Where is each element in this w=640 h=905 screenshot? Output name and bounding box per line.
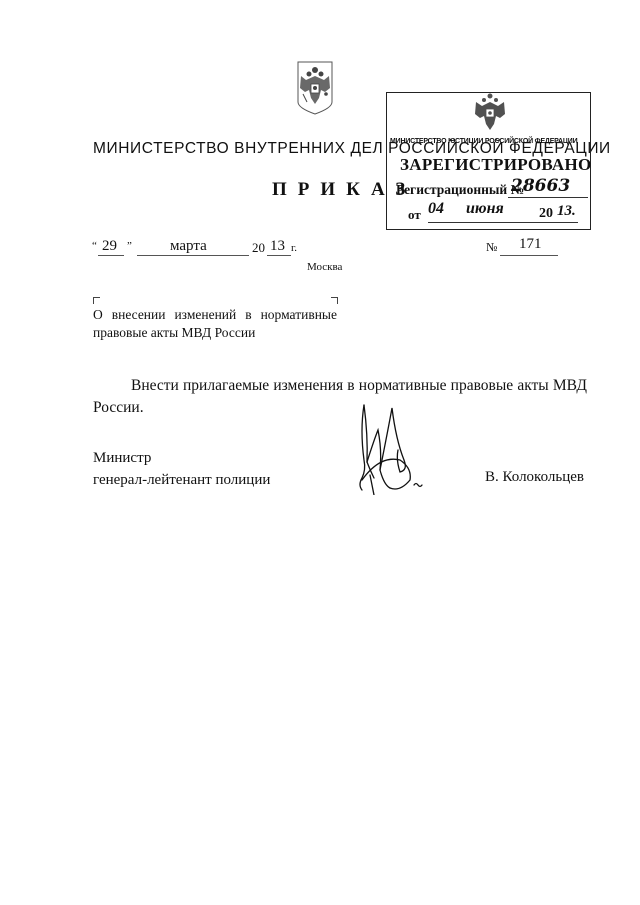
stamp-reg-number-underline: [508, 197, 588, 198]
order-subject: О внесении изменений в нормативные право…: [93, 306, 337, 342]
handwritten-signature-icon: [350, 400, 430, 495]
stamp-reg-number: 28663: [511, 176, 570, 196]
order-body: Внести прилагаемые изменения в нормативн…: [93, 375, 587, 419]
year-abbreviation: г.: [291, 242, 297, 254]
coat-of-arms-icon: [295, 58, 335, 116]
stamp-ministry: МИНИСТЕРСТВО ЮСТИЦИИ РОССИЙСКОЙ ФЕДЕРАЦИ…: [390, 138, 600, 145]
coat-of-arms-icon: [472, 90, 508, 136]
order-number: № 171: [486, 236, 606, 258]
stamp-date-month: июня: [466, 200, 504, 218]
quote-close: ”: [127, 240, 132, 252]
order-year-suffix: 13: [270, 238, 285, 255]
city-label: Москва: [307, 261, 342, 273]
signer-name: В. Колокольцев: [485, 469, 584, 486]
stamp-date-year-prefix: 20: [539, 206, 553, 222]
signer-position: Министр генерал-лейтенант полиции: [93, 447, 270, 491]
order-day: 29: [102, 238, 117, 255]
subject-bracket-right: [331, 297, 338, 304]
stamp-date-day: 04: [428, 200, 444, 218]
order-month: марта: [170, 238, 207, 255]
stamp-date-underline: [428, 222, 578, 223]
order-number-value: 171: [519, 236, 542, 253]
stamp-date-prefix: от: [408, 207, 421, 223]
number-label: №: [486, 240, 497, 255]
stamp-reg-number-label: Регистрационный №: [396, 182, 524, 198]
quote-open: “: [92, 240, 97, 252]
stamp-status: ЗАРЕГИСТРИРОВАНО: [400, 155, 592, 175]
stamp-date-year-suffix: 13.: [557, 203, 576, 220]
subject-bracket-left: [93, 297, 100, 304]
signer-position-line2: генерал-лейтенант полиции: [93, 469, 270, 491]
signer-position-line1: Министр: [93, 447, 270, 469]
order-year-prefix: 20: [252, 240, 265, 256]
